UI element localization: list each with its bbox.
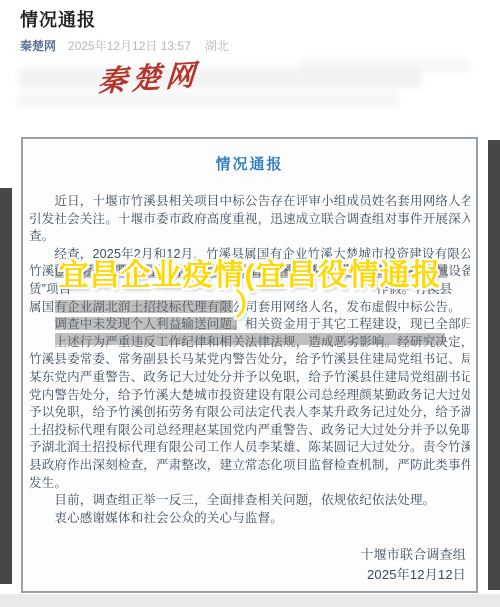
signature-org: 十堰市联合调查组 — [29, 545, 466, 565]
doc-line: 党内警告处分，给予竹溪大楚城市投资建设有限公司总经理颜某勤政务记大过处分并 — [29, 387, 470, 405]
doc-line: 予湖北润土招投标代理有限公司工作人员李某雄、陈某圆记大过处分。责令竹溪县委 — [29, 439, 470, 457]
doc-line: 某东党内严重警告、政务记大过处分并予以免职，给予竹溪县住建局党组副书记夏某 — [29, 369, 470, 387]
publish-time: 2025年12月12日 13:57 — [68, 39, 191, 53]
photo-dark-edge-left — [0, 188, 12, 584]
notice-body: 近日，十堰市竹溪县相关项目中标公告存在评审小组成员姓名套用网络人名问题引发社会关… — [29, 193, 470, 527]
article-title: 情况通报 — [20, 6, 96, 32]
qinchu-calligraphy-logo: 秦楚网 — [97, 52, 202, 100]
doc-line: 查。 — [29, 228, 470, 246]
doc-line: 近日，十堰市竹溪县相关项目中标公告存在评审小组成员姓名套用网络人名问题 — [29, 193, 470, 211]
doc-line: 予以免职，给予竹溪创拓劳务有限公司法定代表人李某升政务记过处分，给予湖北润 — [29, 404, 470, 422]
notice-document: 情况通报 近日，十堰市竹溪县相关项目中标公告存在评审小组成员姓名套用网络人名问题… — [21, 137, 478, 593]
doc-line: 引发社会关注。十堰市委市政府高度重视，迅速成立联合调查组对事件开展深入调 — [29, 211, 470, 229]
doc-line: 县政府作出深刻检查，严肃整改，建立常态化项目监督检查机制，严防此类事件再次 — [29, 457, 470, 475]
doc-line: 竹溪县委常委、常务副县长马某党内警告处分，给予竹溪县住建局党组书记、局长付 — [29, 351, 470, 369]
photo-bottom-margin — [0, 594, 500, 607]
photo-dark-edge-right — [488, 140, 500, 590]
watermark-smudge — [300, 58, 470, 72]
watermark-smudge — [18, 92, 398, 107]
source-account-link[interactable]: 秦楚网 — [20, 39, 56, 53]
signature-block: 十堰市联合调查组 2025年12月12日 — [29, 545, 470, 584]
article-page: 情况通报 秦楚网2025年12月12日 13:57湖北 秦楚网 情况通报 近日，… — [0, 0, 500, 607]
doc-line: 上述行为严重违反工作纪律和相关法律法规，造成恶劣影响。经研究决定，给予 — [29, 334, 470, 352]
notice-title: 情况通报 — [23, 153, 476, 174]
doc-line: 发生。 — [29, 475, 470, 493]
doc-line: 衷心感谢媒体和社会公众的关心与监督。 — [29, 510, 470, 528]
signature-date: 2025年12月12日 — [29, 565, 466, 585]
article-meta: 秦楚网2025年12月12日 13:57湖北 — [20, 37, 229, 54]
doc-line: 土招投标代理有限公司总经理赵某国党内严重警告、政务记大过处分并予以免职，给 — [29, 422, 470, 440]
doc-line: 目前，调查组正举一反三，全面排查相关问题，依规依纪依法处理。 — [29, 492, 470, 510]
publish-location: 湖北 — [205, 39, 229, 53]
yellow-watermark-text: 宜昌企业疫情(宜昌役情通报 ） — [0, 258, 500, 324]
